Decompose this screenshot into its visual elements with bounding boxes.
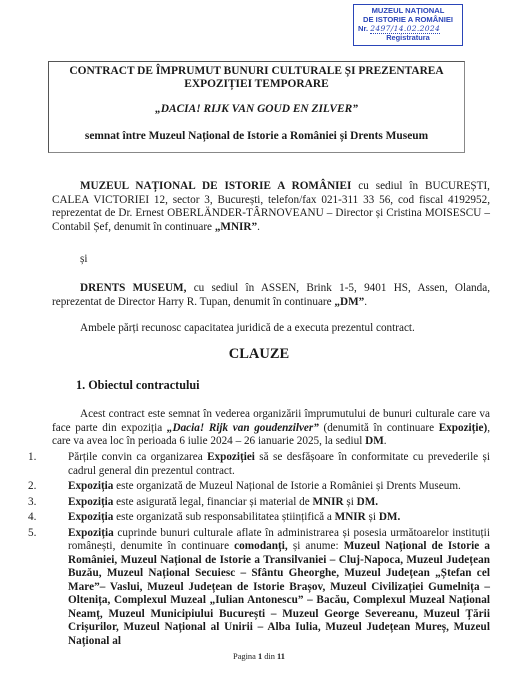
- party-dm: DRENTS MUSEUM, cu sediul în ASSEN, Brink…: [52, 282, 490, 309]
- stamp-line-2: DE ISTORIE A ROMÂNIEI: [354, 15, 462, 24]
- list-text: și: [344, 496, 357, 508]
- list-bold: Expoziția: [68, 511, 113, 523]
- list-item: 1. Părțile convin ca organizarea Expoziț…: [24, 451, 490, 478]
- conjunction: și: [52, 253, 490, 267]
- intro-expo: Expoziție): [439, 422, 487, 434]
- stamp-nr-label: Nr.: [358, 24, 368, 33]
- list-number: 1.: [28, 451, 36, 465]
- party-dm-name: DRENTS MUSEUM,: [80, 282, 186, 294]
- party-mnir: MUZEUL NAȚIONAL DE ISTORIE A ROMÂNIEI cu…: [52, 180, 490, 234]
- section-1-title: 1. Obiectul contractului: [76, 378, 200, 393]
- contract-title-box: CONTRACT DE ÎMPRUMUT BUNURI CULTURALE ȘI…: [48, 61, 465, 153]
- section-1-intro: Acest contract este semnat în vederea or…: [52, 408, 490, 449]
- list-bold: Expoziția: [68, 496, 113, 508]
- party-mnir-abbr: „MNIR”: [215, 221, 257, 233]
- intro-dm: DM: [365, 435, 384, 447]
- list-bold: DM.: [379, 511, 400, 523]
- list-item: 3. Expoziția este asigurată legal, finan…: [24, 496, 490, 510]
- list-bold: MNIR: [335, 511, 366, 523]
- list-bold: Expoziției: [207, 451, 255, 463]
- signed-between: semnat între Muzeul Național de Istorie …: [49, 130, 464, 142]
- page-number: 1: [258, 652, 262, 661]
- intro-exhibition: „Dacia! Rijk van goudenzilver”: [167, 422, 319, 434]
- list-bold: Expoziția: [68, 527, 114, 539]
- punct: .: [364, 296, 367, 308]
- list-number: 4.: [28, 511, 36, 525]
- punct: .: [257, 221, 260, 233]
- list-text: și anume:: [288, 540, 344, 552]
- registry-stamp: MUZEUL NAȚIONAL DE ISTORIE A ROMÂNIEI Nr…: [353, 4, 463, 46]
- punct: .: [384, 435, 387, 447]
- list-bold: comodanți,: [234, 540, 288, 552]
- list-bold: MNIR: [312, 496, 343, 508]
- list-text: Părțile convin ca organizarea: [68, 451, 207, 463]
- page-total: 11: [277, 652, 285, 661]
- contract-title: CONTRACT DE ÎMPRUMUT BUNURI CULTURALE ȘI…: [49, 65, 464, 91]
- party-mnir-name: MUZEUL NAȚIONAL DE ISTORIE A ROMÂNIEI: [80, 180, 351, 192]
- stamp-line-1: MUZEUL NAȚIONAL: [354, 6, 462, 15]
- list-text: este organizată de Muzeul Național de Is…: [113, 480, 460, 492]
- list-item: 5. Expoziția cuprinde bunuri culturale a…: [24, 527, 490, 649]
- list-bold: DM.: [357, 496, 378, 508]
- document-page: MUZEUL NAȚIONAL DE ISTORIE A ROMÂNIEI Nr…: [0, 0, 518, 700]
- list-item: 4. Expoziția este organizată sub respons…: [24, 511, 490, 525]
- list-bold: Muzeul Național de Istorie a României, M…: [68, 540, 490, 647]
- list-number: 3.: [28, 496, 36, 510]
- list-text: este organizată sub responsabilitatea șt…: [113, 511, 334, 523]
- party-dm-abbr: „DM”: [334, 296, 364, 308]
- section-1-list: 1. Părțile convin ca organizarea Expoziț…: [24, 451, 490, 650]
- list-text: și: [366, 511, 379, 523]
- list-number: 2.: [28, 480, 36, 494]
- list-text: este asigurată legal, financiar și mater…: [113, 496, 312, 508]
- stamp-registration-number: Nr. 2497/14.02.2024: [354, 24, 462, 33]
- exhibition-title: „DACIA! RIJK VAN GOUD EN ZILVER”: [49, 103, 464, 115]
- intro-text: (denumită în continuare: [319, 422, 439, 434]
- stamp-line-4: Registratura: [354, 33, 462, 42]
- list-bold: Expoziția: [68, 480, 113, 492]
- list-number: 5.: [28, 527, 36, 541]
- page-label: Pagina: [233, 652, 256, 661]
- legal-capacity: Ambele părți recunosc capacitatea juridi…: [52, 322, 490, 336]
- clauses-heading: CLAUZE: [0, 346, 518, 363]
- list-item: 2. Expoziția este organizată de Muzeul N…: [24, 480, 490, 494]
- page-footer: Pagina 1 din 11: [0, 652, 518, 661]
- page-of-label: din: [264, 652, 275, 661]
